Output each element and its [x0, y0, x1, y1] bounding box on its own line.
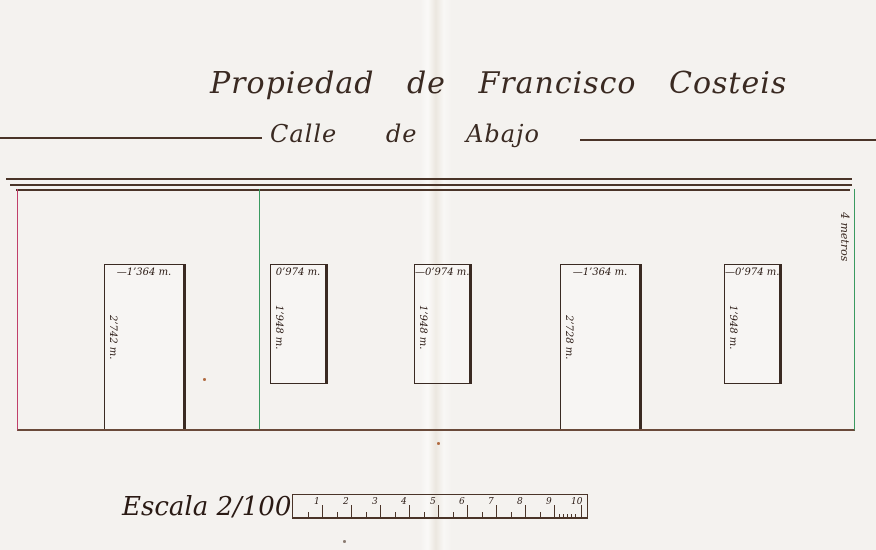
- door-1-height: 2’742 m.: [107, 315, 118, 359]
- street-rule-right: [580, 139, 876, 141]
- scale-tick-2: 2: [343, 497, 349, 507]
- window-1-height: 1’948 m.: [273, 305, 284, 349]
- door-1: —1’364 m. 2’742 m.: [104, 264, 186, 429]
- window-2-height: 1’948 m.: [417, 305, 428, 349]
- cornice-top: [6, 178, 852, 180]
- scale-tick-5: 5: [430, 497, 436, 507]
- window-3-height: 1’948 m.: [727, 305, 738, 349]
- scale-tick-6: 6: [459, 497, 465, 507]
- scale-tick-9: 9: [546, 497, 552, 507]
- window-1-width: 0’974 m.: [271, 267, 325, 278]
- building-facade: —1’364 m. 2’742 m. 0’974 m. 1’948 m. —0’…: [14, 178, 840, 428]
- door-2-height: 2’728 m.: [563, 315, 574, 359]
- facade-height-dimension: 4 metros: [838, 212, 851, 261]
- scale-bar: 1 2 3 4 5 6 7 8 9 10: [292, 494, 588, 519]
- drawing-sheet: Propiedad de Francisco Costeis Calle de …: [0, 0, 876, 550]
- window-3: —0’974 m. 1’948 m.: [724, 264, 782, 384]
- door-1-width: —1’364 m.: [105, 267, 183, 278]
- window-2: —0’974 m. 1’948 m.: [414, 264, 472, 384]
- ink-spot: [437, 442, 440, 445]
- street-rule-left: [0, 137, 262, 139]
- ink-spot: [343, 540, 346, 543]
- window-2-width: —0’974 m.: [415, 267, 469, 278]
- scale-tick-3: 3: [372, 497, 378, 507]
- ink-spot: [203, 378, 206, 381]
- scale-tick-8: 8: [517, 497, 523, 507]
- window-1: 0’974 m. 1’948 m.: [270, 264, 328, 384]
- door-2-width: —1’364 m.: [561, 267, 639, 278]
- property-divider: [259, 189, 260, 429]
- scale-label: Escala 2/100: [122, 492, 291, 522]
- cornice-middle: [10, 184, 852, 186]
- street-name: Calle de Abajo: [270, 120, 540, 148]
- scale-tick-10: 10: [571, 497, 582, 507]
- drawing-title: Propiedad de Francisco Costeis: [210, 66, 787, 101]
- scale-tick-1: 1: [314, 497, 320, 507]
- door-2: —1’364 m. 2’728 m.: [560, 264, 642, 429]
- window-3-width: —0’974 m.: [725, 267, 779, 278]
- scale-tick-4: 4: [401, 497, 407, 507]
- scale-tick-7: 7: [488, 497, 494, 507]
